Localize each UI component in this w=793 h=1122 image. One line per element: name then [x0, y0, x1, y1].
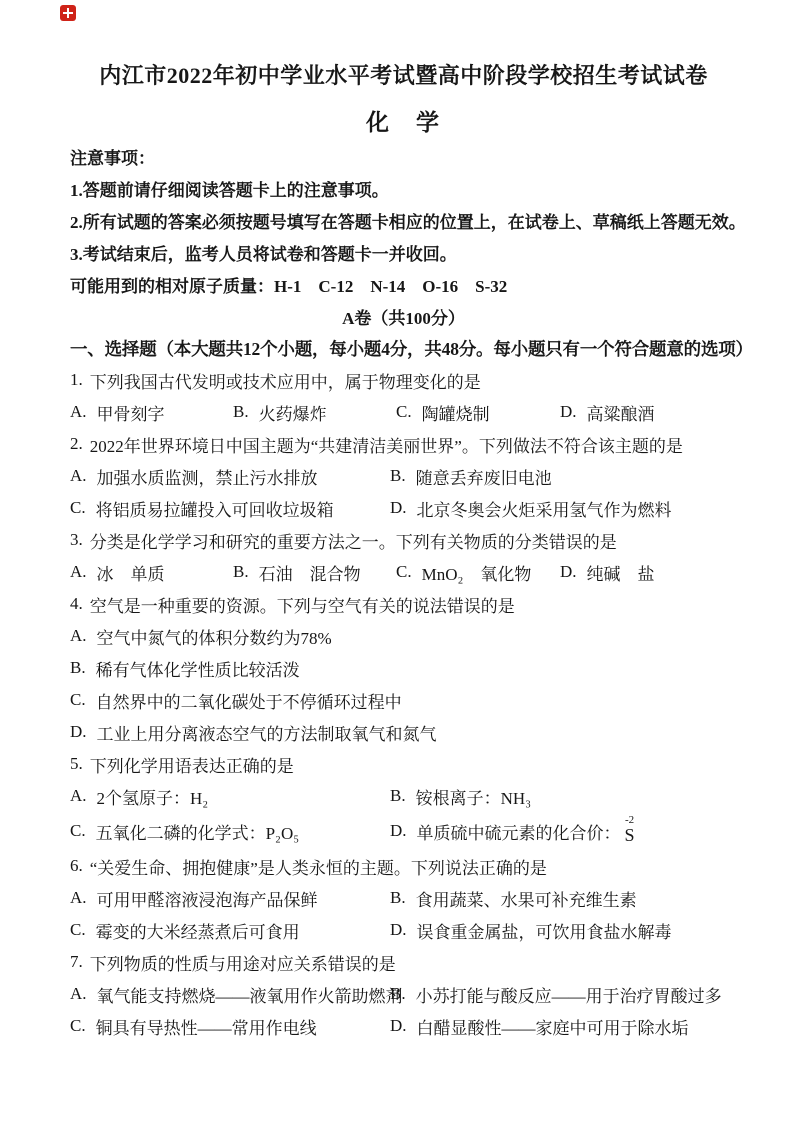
- option-6d: D.误食重金属盐，可饮用食盐水解毒: [390, 918, 737, 943]
- option-2b: B.随意丢弃废旧电池: [390, 464, 737, 489]
- question-4: 4.空气是一种重要的资源。下列与空气有关的说法错误的是 A.空气中氮气的体积分数…: [70, 588, 737, 748]
- options-row: A.可用甲醛溶液浸泡海产品保鲜 B.食用蔬菜、水果可补充维生素: [70, 882, 737, 914]
- option-text: 可用甲醛溶液浸泡海产品保鲜: [97, 886, 318, 911]
- option-label: A.: [70, 626, 87, 646]
- option-label: A.: [70, 466, 87, 486]
- option-label: D.: [390, 821, 407, 841]
- question-stem: 下列我国古代发明或技术应用中，属于物理变化的是: [90, 368, 481, 393]
- options-row: A.加强水质监测，禁止污水排放 B.随意丢弃废旧电池: [70, 460, 737, 492]
- option-text: 加强水质监测，禁止污水排放: [97, 464, 318, 489]
- option-text: 稀有气体化学性质比较活泼: [96, 656, 300, 681]
- option-text: MnO₂ 氧化物: [422, 560, 532, 585]
- question-number: 5.: [70, 754, 83, 774]
- option-3a: A.冰 单质: [70, 560, 233, 585]
- option-text: 铜具有导热性——常用作电线: [96, 1014, 317, 1039]
- question-stem: 分类是化学学习和研究的重要方法之一。下列有关物质的分类错误的是: [90, 528, 617, 553]
- option-5b: B.铵根离子：NH₃: [390, 784, 737, 809]
- option-1c: C.陶罐烧制: [396, 400, 560, 425]
- question-text: 2.2022年世界环境日中国主题为“共建清洁美丽世界”。下列做法不符合该主题的是: [70, 428, 737, 460]
- question-number: 1.: [70, 370, 83, 390]
- atomic-mass-note: 可能用到的相对原子质量：H-1 C-12 N-14 O-16 S-32: [70, 268, 737, 300]
- option-4c: C.自然界中的二氧化碳处于不停循环过程中: [70, 684, 737, 716]
- option-label: B.: [390, 466, 406, 486]
- option-text: 火药爆炸: [259, 400, 327, 425]
- question-stem: “关爱生命、拥抱健康”是人类永恒的主题。下列说法正确的是: [90, 854, 547, 879]
- option-label: A.: [70, 562, 87, 582]
- option-text: 空气中氮气的体积分数约为78%: [97, 624, 332, 649]
- option-label: B.: [390, 786, 406, 806]
- option-5a: A.2个氢原子：H₂: [70, 784, 390, 809]
- option-text: 小苏打能与酸反应——用于治疗胃酸过多: [416, 982, 722, 1007]
- option-text: 高粱酿酒: [587, 400, 655, 425]
- option-label: D.: [390, 1016, 407, 1036]
- option-label: A.: [70, 984, 87, 1004]
- question-text: 4.空气是一种重要的资源。下列与空气有关的说法错误的是: [70, 588, 737, 620]
- option-label: C.: [70, 498, 86, 518]
- option-text: 五氧化二磷的化学式：P₂O₅: [96, 819, 300, 844]
- option-text: 石油 混合物: [259, 560, 361, 585]
- exam-paper-page: 内江市2022年初中学业水平考试暨高中阶段学校招生考试试卷 化 学 注意事项： …: [0, 0, 793, 1122]
- valence-notation: -2S: [625, 815, 635, 844]
- options-row: C.五氧化二磷的化学式：P₂O₅ D.单质硫中硫元素的化合价：-2S: [70, 812, 737, 850]
- option-2a: A.加强水质监测，禁止污水排放: [70, 464, 390, 489]
- question-2: 2.2022年世界环境日中国主题为“共建清洁美丽世界”。下列做法不符合该主题的是…: [70, 428, 737, 524]
- question-stem: 2022年世界环境日中国主题为“共建清洁美丽世界”。下列做法不符合该主题的是: [90, 432, 683, 457]
- question-6: 6.“关爱生命、拥抱健康”是人类永恒的主题。下列说法正确的是 A.可用甲醛溶液浸…: [70, 850, 737, 946]
- question-number: 6.: [70, 856, 83, 876]
- option-6a: A.可用甲醛溶液浸泡海产品保鲜: [70, 886, 390, 911]
- options-row: A.冰 单质 B.石油 混合物 C.MnO₂ 氧化物 D.纯碱 盐: [70, 556, 737, 588]
- option-text: 冰 单质: [97, 560, 165, 585]
- subject-title: 化 学: [70, 106, 737, 140]
- notice-heading: 注意事项：: [70, 140, 737, 172]
- option-label: A.: [70, 786, 87, 806]
- question-1: 1.下列我国古代发明或技术应用中，属于物理变化的是 A.甲骨刻字 B.火药爆炸 …: [70, 364, 737, 428]
- option-label: A.: [70, 888, 87, 908]
- option-label: C.: [70, 1016, 86, 1036]
- option-text: 霉变的大米经蒸煮后可食用: [96, 918, 300, 943]
- option-text: 铵根离子：NH₃: [416, 784, 531, 809]
- option-label: D.: [390, 920, 407, 940]
- notice-item-1: 1.答题前请仔细阅读答题卡上的注意事项。: [70, 172, 737, 204]
- option-text: 自然界中的二氧化碳处于不停循环过程中: [96, 688, 402, 713]
- option-label: D.: [70, 722, 87, 742]
- multiple-choice-heading: 一、选择题（本大题共12个小题，每小题4分，共48分。每小题只有一个符合题意的选…: [70, 332, 737, 364]
- option-label: C.: [70, 821, 86, 841]
- option-label: C.: [70, 690, 86, 710]
- option-label: A.: [70, 402, 87, 422]
- option-6b: B.食用蔬菜、水果可补充维生素: [390, 886, 737, 911]
- option-label: D.: [560, 562, 577, 582]
- option-3c: C.MnO₂ 氧化物: [396, 560, 560, 585]
- options-row: A.氧气能支持燃烧——液氧用作火箭助燃剂 B.小苏打能与酸反应——用于治疗胃酸过…: [70, 978, 737, 1010]
- option-text: 北京冬奥会火炬采用氢气作为燃料: [417, 496, 672, 521]
- option-label: D.: [560, 402, 577, 422]
- option-1a: A.甲骨刻字: [70, 400, 233, 425]
- option-text: 氧气能支持燃烧——液氧用作火箭助燃剂: [97, 982, 403, 1007]
- option-text: 将铝质易拉罐投入可回收垃圾箱: [96, 496, 334, 521]
- question-stem: 下列化学用语表达正确的是: [90, 752, 294, 777]
- question-stem: 空气是一种重要的资源。下列与空气有关的说法错误的是: [90, 592, 515, 617]
- option-label: B.: [233, 402, 249, 422]
- valence-element: S: [625, 826, 635, 844]
- option-text: 2个氢原子：H₂: [97, 784, 209, 809]
- question-stem: 下列物质的性质与用途对应关系错误的是: [90, 950, 396, 975]
- notice-item-3: 3.考试结束后，监考人员将试卷和答题卡一并收回。: [70, 236, 737, 268]
- question-3: 3.分类是化学学习和研究的重要方法之一。下列有关物质的分类错误的是 A.冰 单质…: [70, 524, 737, 588]
- option-text: 甲骨刻字: [97, 400, 165, 425]
- option-text: 纯碱 盐: [587, 560, 655, 585]
- option-7b: B.小苏打能与酸反应——用于治疗胃酸过多: [390, 982, 737, 1007]
- option-4d: D.工业上用分离液态空气的方法制取氧气和氮气: [70, 716, 737, 748]
- question-text: 3.分类是化学学习和研究的重要方法之一。下列有关物质的分类错误的是: [70, 524, 737, 556]
- option-3d: D.纯碱 盐: [560, 560, 737, 585]
- option-text: 陶罐烧制: [422, 400, 490, 425]
- option-label: C.: [396, 562, 412, 582]
- option-5d: D.单质硫中硫元素的化合价：-2S: [390, 817, 737, 846]
- options-row: A.2个氢原子：H₂ B.铵根离子：NH₃: [70, 780, 737, 812]
- option-label: B.: [233, 562, 249, 582]
- question-text: 7.下列物质的性质与用途对应关系错误的是: [70, 946, 737, 978]
- option-label: B.: [390, 888, 406, 908]
- question-number: 7.: [70, 952, 83, 972]
- option-label: C.: [396, 402, 412, 422]
- option-label: D.: [390, 498, 407, 518]
- question-number: 4.: [70, 594, 83, 614]
- option-7a: A.氧气能支持燃烧——液氧用作火箭助燃剂: [70, 982, 390, 1007]
- option-text: 随意丢弃废旧电池: [416, 464, 552, 489]
- option-3b: B.石油 混合物: [233, 560, 396, 585]
- option-text: 工业上用分离液态空气的方法制取氧气和氮气: [97, 720, 437, 745]
- question-5: 5.下列化学用语表达正确的是 A.2个氢原子：H₂ B.铵根离子：NH₃ C.五…: [70, 748, 737, 850]
- option-4a: A.空气中氮气的体积分数约为78%: [70, 620, 737, 652]
- options-row: C.铜具有导热性——常用作电线 D.白醋显酸性——家庭中可用于除水垢: [70, 1010, 737, 1042]
- question-text: 5.下列化学用语表达正确的是: [70, 748, 737, 780]
- section-a-heading: A卷（共100分）: [70, 300, 737, 332]
- option-text: 误食重金属盐，可饮用食盐水解毒: [417, 918, 672, 943]
- option-2c: C.将铝质易拉罐投入可回收垃圾箱: [70, 496, 390, 521]
- option-text: 食用蔬菜、水果可补充维生素: [416, 886, 637, 911]
- option-7c: C.铜具有导热性——常用作电线: [70, 1014, 390, 1039]
- option-text: 单质硫中硫元素的化合价：: [417, 819, 621, 844]
- question-text: 6.“关爱生命、拥抱健康”是人类永恒的主题。下列说法正确的是: [70, 850, 737, 882]
- options-row: A.甲骨刻字 B.火药爆炸 C.陶罐烧制 D.高粱酿酒: [70, 396, 737, 428]
- document-content: 内江市2022年初中学业水平考试暨高中阶段学校招生考试试卷 化 学 注意事项： …: [70, 0, 737, 1042]
- option-1b: B.火药爆炸: [233, 400, 396, 425]
- options-row: C.将铝质易拉罐投入可回收垃圾箱 D.北京冬奥会火炬采用氢气作为燃料: [70, 492, 737, 524]
- options-row: C.霉变的大米经蒸煮后可食用 D.误食重金属盐，可饮用食盐水解毒: [70, 914, 737, 946]
- option-7d: D.白醋显酸性——家庭中可用于除水垢: [390, 1014, 737, 1039]
- option-5c: C.五氧化二磷的化学式：P₂O₅: [70, 819, 390, 844]
- notice-item-2: 2.所有试题的答案必须按题号填写在答题卡相应的位置上，在试卷上、草稿纸上答题无效…: [70, 204, 737, 236]
- question-text: 1.下列我国古代发明或技术应用中，属于物理变化的是: [70, 364, 737, 396]
- option-label: B.: [70, 658, 86, 678]
- option-6c: C.霉变的大米经蒸煮后可食用: [70, 918, 390, 943]
- option-text: 白醋显酸性——家庭中可用于除水垢: [417, 1014, 689, 1039]
- option-2d: D.北京冬奥会火炬采用氢气作为燃料: [390, 496, 737, 521]
- option-4b: B.稀有气体化学性质比较活泼: [70, 652, 737, 684]
- question-number: 2.: [70, 434, 83, 454]
- option-1d: D.高粱酿酒: [560, 400, 737, 425]
- question-number: 3.: [70, 530, 83, 550]
- question-7: 7.下列物质的性质与用途对应关系错误的是 A.氧气能支持燃烧——液氧用作火箭助燃…: [70, 946, 737, 1042]
- option-label: B.: [390, 984, 406, 1004]
- option-label: C.: [70, 920, 86, 940]
- page-title: 内江市2022年初中学业水平考试暨高中阶段学校招生考试试卷: [70, 60, 737, 92]
